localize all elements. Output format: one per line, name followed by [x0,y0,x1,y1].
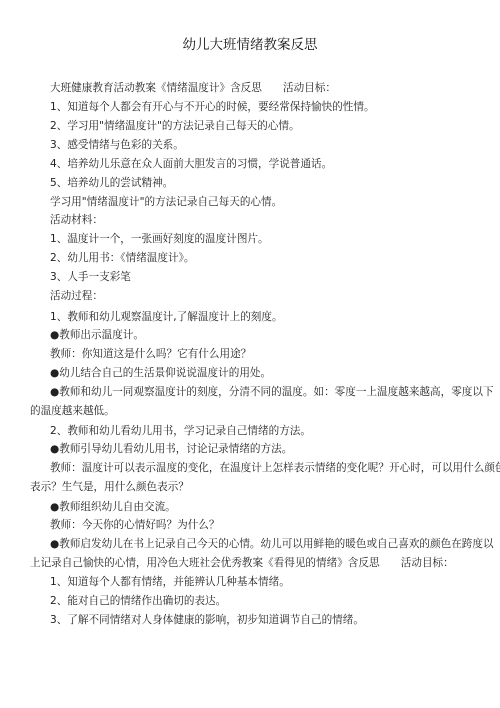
text-line: 教师：你知道这是什么吗？它有什么用途？ [50,347,251,361]
text-line: ●教师组织幼儿自由交流。 [50,500,176,514]
text-line: 1、知道每个人都会有开心与不开心的时候，要经常保持愉快的性情。 [50,100,375,114]
text-line: 活动材料： [50,213,103,227]
text-line: 1、教师和幼儿观察温度计,了解温度计上的刻度。 [50,310,283,324]
text-line: 教师：今天你的心情好吗？为什么？ [50,518,220,532]
text-line: 2、幼儿用书：《情绪温度计》。 [50,251,194,265]
text-line: 2、教师和幼儿看幼儿用书，学习记录自己情绪的方法。 [50,424,311,438]
text-line: 5、培养幼儿的尝试精神。 [50,176,173,190]
text-line: 大班健康教育活动教案《情绪温度计》含反思 活动目标： [50,81,336,95]
text-line: 活动过程： [50,289,103,303]
text-line: ●幼儿结合自己的生活景仰说说温度计的用处。 [50,366,271,380]
text-line: ●教师启发幼儿在书上记录自己今天的心情。幼儿可以用鲜艳的暖色或自己喜欢的颜色在跨… [50,537,494,551]
text-line: ●教师引导幼儿看幼儿用书，讨论记录情绪的方法。 [50,442,292,456]
text-line: 1、知道每个人都有情绪，并能辨认几种基本情绪。 [50,575,290,589]
text-line: 上记录自己愉快的心情，用冷色大班社会优秀教案《看得见的情绪》含反思 活动目标： [30,556,454,570]
text-line: 2、学习用"情绪温度计"的方法记录自己每天的心情。 [50,119,300,133]
text-line: 2、能对自己的情绪作出确切的表达。 [50,594,226,608]
text-line: 学习用"情绪温度计"的方法记录自己每天的心情。 [50,195,282,209]
text-line: 3、人手一支彩笔 [50,270,131,284]
text-line: 1、温度计一个，一张画好刻度的温度计图片。 [50,232,269,246]
text-line: ●教师出示温度计。 [50,328,144,342]
text-line: 的温度越来越低。 [30,404,115,418]
text-line: 教师：温度计可以表示温度的变化，在温度计上怎样表示情绪的变化呢？开心时，可以用什… [50,461,500,475]
text-line: 3、感受情绪与色彩的关系。 [50,138,184,152]
document-title: 幼儿大班情绪教案反思 [0,33,500,53]
text-line: ●教师和幼儿一同观察温度计的刻度，分清不同的温度。如：零度一上温度越来越高，零度… [50,385,494,399]
text-line: 3、了解不同情绪对人身体健康的影响，初步知道调节自己的情绪。 [50,613,364,627]
text-line: 表示？生气是，用什么颜色表示？ [30,480,189,494]
text-line: 4、培养幼儿乐意在众人面前大胆发言的习惯，学说普通话。 [50,157,332,171]
